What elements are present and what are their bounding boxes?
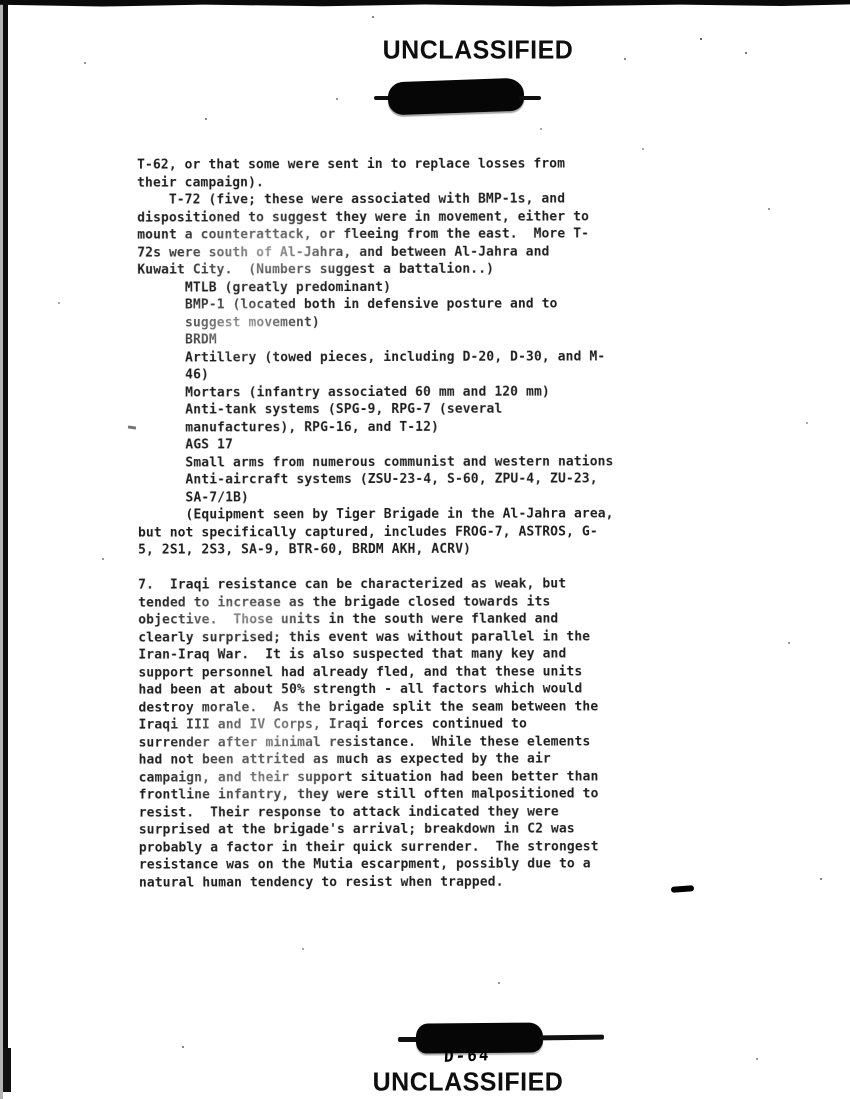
page-number: D-64 bbox=[444, 1047, 491, 1065]
redaction-blob bbox=[387, 78, 524, 116]
redaction-line-right bbox=[540, 1035, 604, 1041]
typed-document-text: T-62, or that some were sent in to repla… bbox=[137, 155, 615, 891]
margin-tick-mark bbox=[128, 425, 136, 429]
scan-top-border bbox=[0, 0, 850, 8]
handwritten-dash-mark bbox=[671, 885, 694, 893]
classification-header-bottom: UNCLASSIFIED bbox=[373, 1069, 564, 1095]
redaction-line-left bbox=[374, 96, 394, 100]
scan-left-edge-line bbox=[3, 0, 8, 1092]
redaction-line-left bbox=[398, 1037, 420, 1042]
redaction-line-right bbox=[519, 96, 541, 100]
classification-header-top: UNCLASSIFIED bbox=[383, 37, 574, 63]
scanned-document-page: UNCLASSIFIED T-62, or that some were sen… bbox=[0, 0, 850, 1099]
